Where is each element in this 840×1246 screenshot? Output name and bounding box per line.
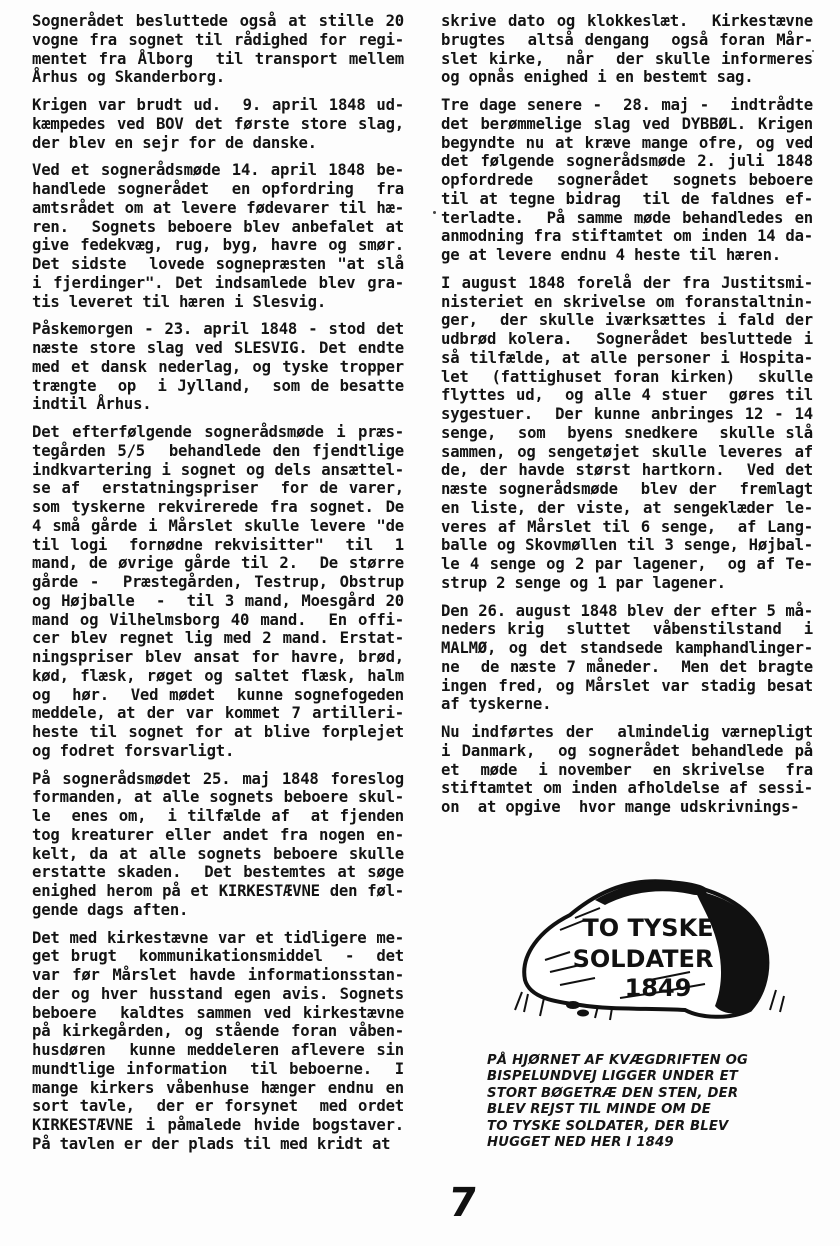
paragraph: Den 26. august 1848 blev der efter 5 må-… — [441, 602, 813, 715]
text-line: indkvartering i sognet og dels ansættel- — [32, 461, 404, 480]
paragraph: Tre dage senere - 28. maj - indtrådtedet… — [441, 96, 813, 265]
text-line: mundtlige information til beboerne. I — [32, 1060, 404, 1079]
text-line: enighed herom på et KIRKESTÆVNE den føl- — [32, 882, 404, 901]
caption-line: PÅ HJØRNET AF KVÆGDRIFTEN OG — [487, 1053, 787, 1069]
text-line: tegården 5/5 behandlede den fjendtlige — [32, 442, 404, 461]
text-line: let (fattighuset foran kirken) skulle — [441, 368, 813, 387]
text-line: på kirkegården, og stående foran våben- — [32, 1022, 404, 1041]
text-line: der og hver husstand egen avis. Sognets — [32, 985, 404, 1004]
text-line: tog kreaturer eller andet fra nogen en- — [32, 826, 404, 845]
text-line: og fodret forsvarligt. — [32, 742, 404, 761]
text-line: som tyskerne rekvirerede fra sognet. De — [32, 498, 404, 517]
text-line: get brugt kommunikationsmiddel - det — [32, 947, 404, 966]
document-page: Sognerådet besluttede også at stille 20v… — [0, 0, 840, 1246]
text-line: kød, flæsk, røget og saltet flæsk, halm — [32, 667, 404, 686]
text-line: et møde i november en skrivelse fra — [441, 761, 813, 780]
text-line: mentet fra Ålborg til transport mellem — [32, 50, 404, 69]
text-line: se af erstatningspriser for de varer, — [32, 479, 404, 498]
text-line: le 4 senge og 2 par lagener, og af Te- — [441, 555, 813, 574]
text-line: ren. Sognets beboere blev anbefalet at — [32, 218, 404, 237]
text-line: tis leveret til hæren i Slesvig. — [32, 293, 404, 312]
text-line: indtil Århus. — [32, 395, 404, 414]
text-line: kelt, da at alle sognets beboere skulle — [32, 845, 404, 864]
text-line: ne de næste 7 måneder. Men det bragte — [441, 658, 813, 677]
text-line: senge, som byens snedkere skulle slå — [441, 424, 813, 443]
text-line: På sognerådsmødet 25. maj 1848 foreslog — [32, 770, 404, 789]
text-line: le enes om, i tilfælde af at fjenden — [32, 807, 404, 826]
text-line: brugtes altså dengang også foran Mår- — [441, 31, 813, 50]
paragraph: Det efterfølgende sognerådsmøde i præs-t… — [32, 423, 404, 761]
memorial-stone-illustration: TO TYSKE SOLDATER 1849 — [500, 860, 800, 1040]
left-column: Sognerådet besluttede også at stille 20v… — [32, 12, 404, 1163]
text-line: cer blev regnet lig med 2 mand. Erstat- — [32, 629, 404, 648]
text-line: og hør. Ved mødet kunne sognefogeden — [32, 686, 404, 705]
scan-speck — [433, 211, 436, 214]
text-line: give fedekvæg, rug, byg, havre og smør. — [32, 236, 404, 255]
text-line: næste sognerådsmøde blev der fremlagt — [441, 480, 813, 499]
text-line: erstatte skaden. Det bestemtes at søge — [32, 863, 404, 882]
text-line: så tilfælde, at alle personer i Hospita- — [441, 349, 813, 368]
text-line: neders krig sluttet våbenstilstand i — [441, 620, 813, 639]
inscription-line-3: 1849 — [625, 974, 692, 1002]
text-line: Krigen var brudt ud. 9. april 1848 ud- — [32, 96, 404, 115]
text-line: ger, der skulle iværksættes i fald der — [441, 311, 813, 330]
text-line: on at opgive hvor mange udskrivnings- — [441, 798, 813, 817]
text-line: Sognerådet besluttede også at stille 20 — [32, 12, 404, 31]
caption-line: TO TYSKE SOLDATER, DER BLEV — [487, 1119, 787, 1135]
text-line: trængte op i Jylland, som de besatte — [32, 377, 404, 396]
text-line: det berømmelige slag ved DYBBØL. Krigen — [441, 115, 813, 134]
text-line: MALMØ, og det standsede kamphandlinger- — [441, 639, 813, 658]
text-line: Den 26. august 1848 blev der efter 5 må- — [441, 602, 813, 621]
text-line: der blev en sejr for de danske. — [32, 134, 404, 153]
text-line: udbrød kolera. Sognerådet besluttede i — [441, 330, 813, 349]
caption-line: BLEV REJST TIL MINDE OM DE — [487, 1102, 787, 1118]
paragraph: Nu indførtes der almindelig værnepligti … — [441, 723, 813, 817]
text-line: og opnås enighed i en bestemt sag. — [441, 68, 813, 87]
text-line: slet kirke, når der skulle informeres — [441, 50, 813, 69]
text-line: det følgende sognerådsmøde 2. juli 1848 — [441, 152, 813, 171]
text-line: heste til sognet for at blive forplejet — [32, 723, 404, 742]
text-line: ningspriser blev ansat for havre, brød, — [32, 648, 404, 667]
text-line: Ved et sognerådsmøde 14. april 1848 be- — [32, 161, 404, 180]
text-line: gårde - Præstegården, Testrup, Obstrup — [32, 573, 404, 592]
text-line: Påskemorgen - 23. april 1848 - stod det — [32, 320, 404, 339]
text-line: nisteriet en skrivelse om foranstaltnin- — [441, 293, 813, 312]
text-line: til at tegne bidrag til de faldnes ef- — [441, 190, 813, 209]
text-line: mange kirkers våbenhuse hænger endnu en — [32, 1079, 404, 1098]
text-line: meddele, at der var kommet 7 artilleri- — [32, 704, 404, 723]
text-line: opfordrede sognerådet sognets beboere — [441, 171, 813, 190]
paragraph: Påskemorgen - 23. april 1848 - stod detn… — [32, 320, 404, 414]
page-number: 7 — [447, 1180, 480, 1226]
text-line: med et dansk nederlag, og tyske tropper — [32, 358, 404, 377]
text-line: begyndte nu at kræve mange ofre, og ved — [441, 134, 813, 153]
text-line: KIRKESTÆVNE i påmalede hvide bogstaver. — [32, 1116, 404, 1135]
paragraph: Det med kirkestævne var et tidligere me-… — [32, 929, 404, 1154]
text-line: Nu indførtes der almindelig værnepligt — [441, 723, 813, 742]
text-line: beboere kaldtes sammen ved kirkestævne — [32, 1004, 404, 1023]
text-line: På tavlen er der plads til med kridt at — [32, 1135, 404, 1154]
text-line: ge at levere endnu 4 heste til hæren. — [441, 246, 813, 265]
text-line: terladte. På samme møde behandledes en — [441, 209, 813, 228]
text-line: Århus og Skanderborg. — [32, 68, 404, 87]
text-line: amtsrådet om at levere fødevarer til hæ- — [32, 199, 404, 218]
text-line: I august 1848 forelå der fra Justitsmi- — [441, 274, 813, 293]
text-line: formanden, at alle sognets beboere skul- — [32, 788, 404, 807]
caption-line: BISPELUNDVEJ LIGGER UNDER ET — [487, 1069, 787, 1085]
text-line: i Danmark, og sognerådet behandlede på — [441, 742, 813, 761]
text-line: til logi fornødne rekvisitter" til 1 — [32, 536, 404, 555]
text-line: sort tavle, der er forsynet med ordet — [32, 1097, 404, 1116]
paragraph: Ved et sognerådsmøde 14. april 1848 be-h… — [32, 161, 404, 311]
text-line: anmodning fra stiftamtet om inden 14 da- — [441, 227, 813, 246]
inscription-line-1: TO TYSKE — [582, 914, 713, 942]
text-line: en liste, der viste, at sengeklæder le- — [441, 499, 813, 518]
text-line: veres af Mårslet til 6 senge, af Lang- — [441, 518, 813, 537]
text-line: husdøren kunne meddeleren aflevere sin — [32, 1041, 404, 1060]
text-line: kæmpedes ved BOV det første store slag, — [32, 115, 404, 134]
paragraph: skrive dato og klokkeslæt. Kirkestævnebr… — [441, 12, 813, 87]
text-line: mand og Vilhelmsborg 40 mand. En offi- — [32, 611, 404, 630]
text-line: var før Mårslet havde informationsstan- — [32, 966, 404, 985]
text-line: mand, de øvrige gårde til 2. De større — [32, 554, 404, 573]
right-column: skrive dato og klokkeslæt. Kirkestævnebr… — [441, 12, 813, 826]
inscription-line-2: SOLDATER — [573, 945, 714, 973]
text-line: Det med kirkestævne var et tidligere me- — [32, 929, 404, 948]
text-line: flyttes ud, og alle 4 stuer gøres til — [441, 386, 813, 405]
paragraph: Krigen var brudt ud. 9. april 1848 ud-kæ… — [32, 96, 404, 152]
text-line: Det sidste lovede sognepræsten "at slå — [32, 255, 404, 274]
text-line: næste store slag ved SLESVIG. Det endte — [32, 339, 404, 358]
text-line: handlede sognerådet en opfordring fra — [32, 180, 404, 199]
illustration-caption: PÅ HJØRNET AF KVÆGDRIFTEN OGBISPELUNDVEJ… — [487, 1053, 787, 1151]
text-line: og Højballe - til 3 mand, Moesgård 20 — [32, 592, 404, 611]
caption-line: STORT BØGETRÆ DEN STEN, DER — [487, 1086, 787, 1102]
text-line: vogne fra sognet til rådighed for regi- — [32, 31, 404, 50]
scan-speck — [812, 50, 814, 52]
text-line: skrive dato og klokkeslæt. Kirkestævne — [441, 12, 813, 31]
paragraph: Sognerådet besluttede også at stille 20v… — [32, 12, 404, 87]
text-line: sammen, og sengetøjet skulle leveres af — [441, 443, 813, 462]
text-line: Tre dage senere - 28. maj - indtrådte — [441, 96, 813, 115]
text-line: stiftamtet om inden afholdelse af sessi- — [441, 779, 813, 798]
text-line: Det efterfølgende sognerådsmøde i præs- — [32, 423, 404, 442]
paragraph: I august 1848 forelå der fra Justitsmi-n… — [441, 274, 813, 593]
text-line: sygestuer. Der kunne anbringes 12 - 14 — [441, 405, 813, 424]
text-line: 4 små gårde i Mårslet skulle levere "de — [32, 517, 404, 536]
text-line: gende dags aften. — [32, 901, 404, 920]
text-line: balle og Skovmøllen til 3 senge, Højbal- — [441, 536, 813, 555]
caption-line: HUGGET NED HER I 1849 — [487, 1135, 787, 1151]
text-line: ingen fred, og Mårslet var stadig besat — [441, 677, 813, 696]
text-line: af tyskerne. — [441, 695, 813, 714]
paragraph: På sognerådsmødet 25. maj 1848 foreslogf… — [32, 770, 404, 920]
text-line: strup 2 senge og 1 par lagener. — [441, 574, 813, 593]
text-line: de, der havde størst hartkorn. Ved det — [441, 461, 813, 480]
text-line: i fjerdinger". Det indsamlede blev gra- — [32, 274, 404, 293]
